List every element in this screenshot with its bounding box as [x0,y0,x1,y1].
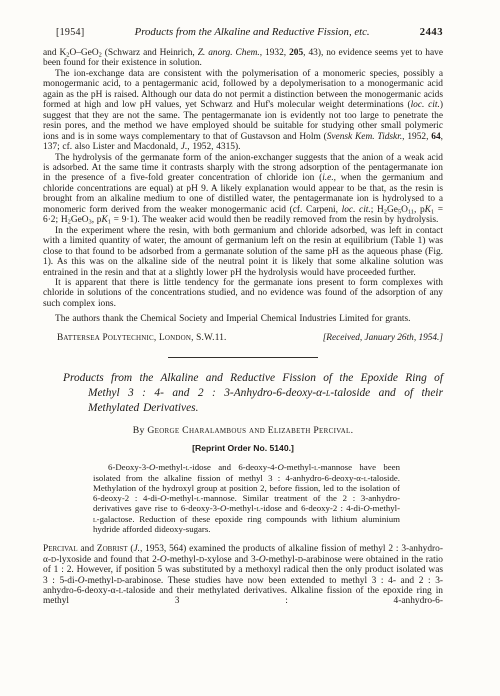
body-paragraph: In the experiment where the resin, with … [43,226,443,278]
body-paragraph: It is apparent that there is little tend… [43,278,443,309]
article-title-line: Products from the Alkaline and Reductive… [63,371,443,386]
journal-page: [1954] Products from the Alkaline and Re… [0,0,500,696]
abstract: 6-Deoxy-3-O-methyl-l-idose and 6-deoxy-4… [93,462,400,534]
affiliation: Battersea Polytechnic, London, S.W.11. [43,333,227,343]
page-header: [1954] Products from the Alkaline and Re… [43,26,443,38]
body-paragraph: The ion-exchange data are consistent wit… [43,69,443,153]
article1-body: and K2O–GeO2 (Schwarz and Heinrich, Z. a… [43,48,443,343]
opening-paragraph: Percival and Zobrist (J., 1953, 564) exa… [43,544,443,607]
body-paragraph: The hydrolysis of the germanate form of … [43,153,443,226]
acknowledgement: The authors thank the Chemical Society a… [43,314,443,324]
article2-body: Products from the Alkaline and Reductive… [43,371,443,607]
body-paragraph-continuation: and K2O–GeO2 (Schwarz and Heinrich, Z. a… [43,48,443,69]
header-year: [1954] [43,27,84,38]
signature-line: Battersea Polytechnic, London, S.W.11. [… [43,333,443,343]
header-running-title: Products from the Alkaline and Reductive… [135,26,370,38]
author-byline: By George Charalambous and Elizabeth Per… [43,425,443,436]
article-title-line: Methylated Derivatives. [88,401,443,416]
article-title: Products from the Alkaline and Reductive… [43,371,443,417]
article-title-line: Methyl 3 : 4- and 2 : 3-Anhydro-6-deoxy-… [88,386,443,401]
reprint-order: [Reprint Order No. 5140.] [43,443,443,453]
header-page-number: 2443 [420,27,443,38]
article-divider [168,357,318,358]
received-date: [Received, January 26th, 1954.] [323,333,443,343]
